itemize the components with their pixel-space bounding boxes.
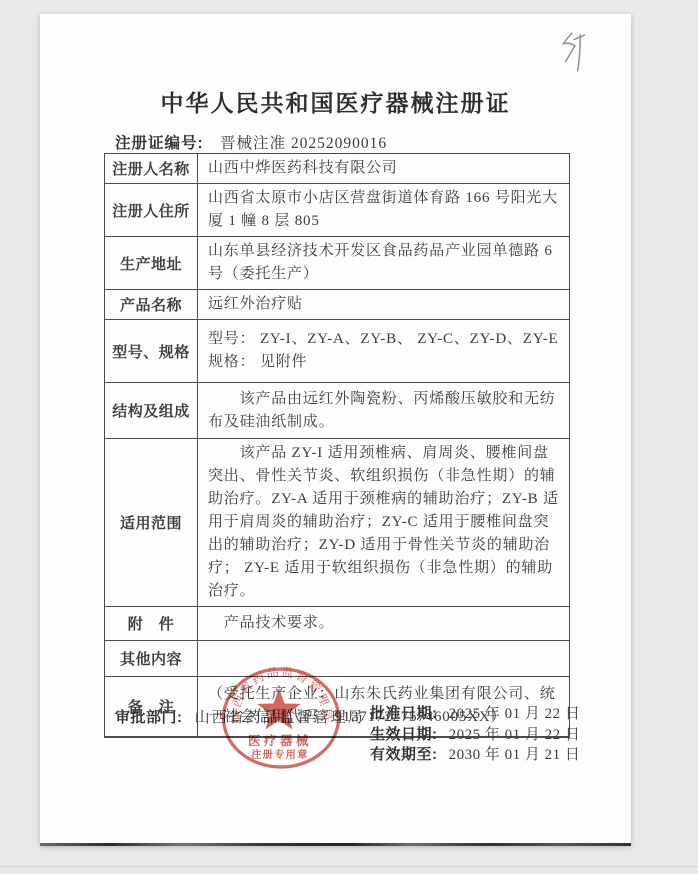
effective-date-value: 2025 年 01 月 22 日 [449,727,581,743]
approval-date: 批准日期: 2025 年 01 月 22 日 [370,704,580,725]
approval-date-label: 批准日期: [370,705,438,722]
registration-number-label: 注册证编号: [115,135,204,152]
expiry-date-label: 有效期至: [370,746,438,763]
field-label: 型号、规格 [105,320,198,383]
effective-date: 生效日期: 2025 年 01 月 22 日 [370,725,580,746]
row-registrant-address: 注册人住所 山西省太原市小店区营盘街道体育路 166 号阳光大厦 1 幢 8 层… [105,184,570,237]
official-seal: 山西省药品监督管理局 医疗器械 注册专用章 [219,665,343,771]
field-label: 其他内容 [105,641,198,677]
effective-date-label: 生效日期: [370,726,438,743]
field-label: 结构及组成 [105,383,198,439]
field-value: 山东单县经济技术开发区食品药品产业园单德路 6 号（委托生产） [198,237,570,290]
approval-date-value: 2025 年 01 月 22 日 [449,706,581,722]
seal-line2: 注册专用章 [251,748,309,761]
registration-number: 注册证编号: 晋械注准 20252090016 [115,131,387,153]
row-structure-composition: 结构及组成 该产品由远红外陶瓷粉、丙烯酸压敏胶和无纺布及硅油纸制成。 [105,383,570,439]
field-value: 该产品 ZY-I 适用颈椎病、肩周炎、腰椎间盘突出、骨性关节炎、软组织损伤（非急… [198,439,570,607]
field-label: 产品名称 [105,290,198,320]
handwritten-mark [560,31,590,73]
field-value: 产品技术要求。 [198,607,570,641]
row-model-spec: 型号、规格 型号： ZY-I、ZY-A、ZY-B、 ZY-C、ZY-D、ZY-E… [105,320,570,383]
field-label: 注册人住所 [105,184,198,237]
expiry-date: 有效期至: 2030 年 01 月 21 日 [370,745,580,766]
certificate-dates: 批准日期: 2025 年 01 月 22 日 生效日期: 2025 年 01 月… [370,704,580,766]
scanned-certificate-screenshot: 中华人民共和国医疗器械注册证 注册证编号: 晋械注准 20252090016 注… [0,0,698,874]
field-value: 型号： ZY-I、ZY-A、ZY-B、 ZY-C、ZY-D、ZY-E 规格： 见… [198,320,570,383]
row-registrant-name: 注册人名称 山西中烨医药科技有限公司 [105,154,570,184]
seal-line1: 医疗器械 [248,733,312,748]
field-value: 该产品由远红外陶瓷粉、丙烯酸压敏胶和无纺布及硅油纸制成。 [198,383,570,439]
field-value: 远红外治疗贴 [198,290,570,320]
expiry-date-value: 2030 年 01 月 21 日 [449,747,581,763]
row-production-address: 生产地址 山东单县经济技术开发区食品药品产业园单德路 6 号（委托生产） [105,237,570,290]
field-value: 山西省太原市小店区营盘街道体育路 166 号阳光大厦 1 幢 8 层 805 [198,184,570,237]
certificate-table: 注册人名称 山西中烨医药科技有限公司 注册人住所 山西省太原市小店区营盘街道体育… [104,153,570,738]
field-label: 适用范围 [105,439,198,607]
row-attachment: 附 件 产品技术要求。 [105,607,570,641]
document-title: 中华人民共和国医疗器械注册证 [40,85,631,118]
scan-torn-edge [40,843,631,846]
field-label: 生产地址 [105,237,198,290]
seal-star-icon [257,688,301,730]
field-label: 注册人名称 [105,154,198,184]
model-line: 型号： ZY-I、ZY-A、ZY-B、 ZY-C、ZY-D、ZY-E [208,328,561,351]
row-scope-of-application: 适用范围 该产品 ZY-I 适用颈椎病、肩周炎、腰椎间盘突出、骨性关节炎、软组织… [105,439,570,607]
row-product-name: 产品名称 远红外治疗贴 [105,290,570,320]
registration-number-value: 晋械注准 20252090016 [220,135,387,152]
field-label: 附 件 [105,607,198,641]
approval-department-label: 审批部门: [115,709,183,726]
spec-line: 规格： 见附件 [208,351,561,374]
certificate-page: 中华人民共和国医疗器械注册证 注册证编号: 晋械注准 20252090016 注… [40,14,631,846]
field-value: 山西中烨医药科技有限公司 [198,154,570,184]
background-divider-line [0,866,698,867]
